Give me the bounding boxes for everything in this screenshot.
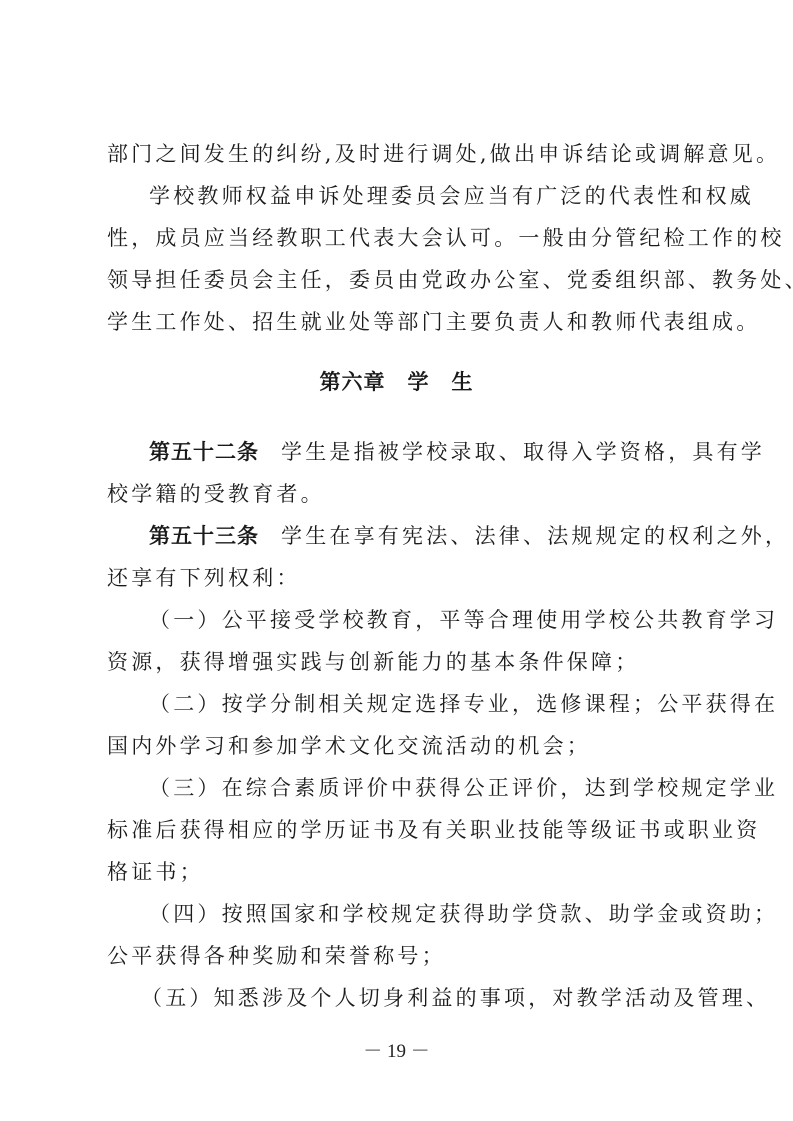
paragraph-line: 校学籍的受教育者。: [107, 482, 689, 506]
list-item-line: （五）知悉涉及个人切身利益的事项，对教学活动及管理、: [141, 986, 689, 1010]
article-text: 学生在享有宪法、法律、法规规定的权利之外，: [281, 524, 789, 548]
paragraph-line: 性，成员应当经教职工代表大会认可。一般由分管纪检工作的校: [107, 226, 689, 250]
paragraph-line: 领导担任委员会主任，委员由党政办公室、党委组织部、教务处、: [107, 268, 689, 292]
paragraph-line: 部门之间发生的纠纷,及时进行调处,做出申诉结论或调解意见。: [107, 142, 689, 166]
list-item-line: 标准后获得相应的学历证书及有关职业技能等级证书或职业资: [107, 818, 689, 842]
paragraph-line: 学生工作处、招生就业处等部门主要负责人和教师代表组成。: [107, 310, 689, 334]
chapter-title: 第六章 学 生: [0, 366, 793, 396]
list-item-line: 格证书；: [107, 860, 689, 884]
list-item-line: （四）按照国家和学校规定获得助学贷款、助学金或资助；: [149, 902, 689, 926]
article-label: 第五十三条: [149, 524, 259, 548]
list-item-line: 国内外学习和参加学术文化交流活动的机会；: [107, 734, 689, 758]
document-page: 部门之间发生的纠纷,及时进行调处,做出申诉结论或调解意见。 学校教师权益申诉处理…: [0, 0, 793, 1121]
list-item-line: 资源，获得增强实践与创新能力的基本条件保障；: [107, 650, 689, 674]
article-52-line: 第五十二条学生是指被学校录取、取得入学资格，具有学: [149, 440, 689, 464]
list-item-line: 公平获得各种奖励和荣誉称号；: [107, 944, 689, 968]
paragraph-line: 学校教师权益申诉处理委员会应当有广泛的代表性和权威: [149, 184, 689, 208]
list-item-line: （三）在综合素质评价中获得公正评价，达到学校规定学业: [149, 776, 689, 800]
list-item-line: （一）公平接受学校教育，平等合理使用学校公共教育学习: [149, 608, 689, 632]
article-label: 第五十二条: [149, 440, 259, 464]
paragraph-line: 还享有下列权利：: [107, 566, 689, 590]
article-53-line: 第五十三条学生在享有宪法、法律、法规规定的权利之外，: [149, 524, 689, 548]
article-text: 学生是指被学校录取、取得入学资格，具有学: [281, 440, 765, 464]
list-item-line: （二）按学分制相关规定选择专业，选修课程；公平获得在: [149, 692, 689, 716]
page-number: － 19 －: [0, 1036, 793, 1063]
